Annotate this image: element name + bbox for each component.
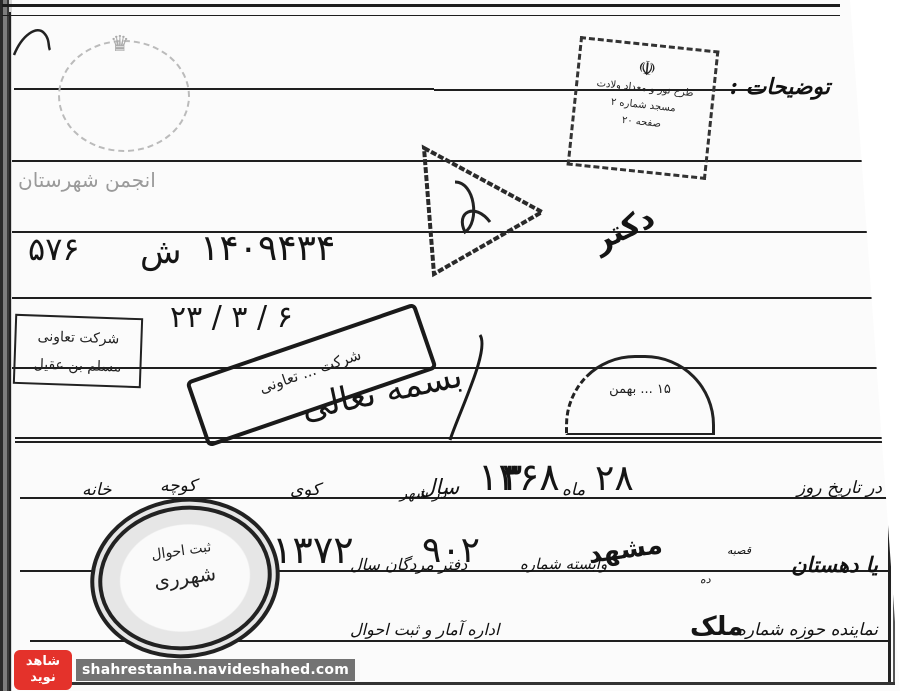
top-border <box>2 4 487 16</box>
registry-year-value: ۱۳۷۲ <box>272 528 354 572</box>
stamp-line: مسلم بن عقیل <box>15 350 140 382</box>
document-scan: ♛ انجمن شهرستان توضیحات : ☫ طرح نور و مع… <box>0 0 900 691</box>
pen-mark <box>12 25 52 60</box>
watermark: شاهد نوید shahrestanha.navideshahed.com <box>14 650 355 690</box>
kooche-label: کوچه <box>160 476 197 496</box>
handwritten-serial-number: ۱۴۰۹۴۳۴ <box>200 228 335 269</box>
logo-line: شاهد <box>14 654 72 670</box>
faded-emblem-stamp: ♛ <box>58 40 190 152</box>
day-value: ۲۸ <box>595 458 634 499</box>
number-label: وابسته شماره <box>520 555 607 573</box>
civil-registry-oval-stamp: ثبت احوال شهرری <box>80 486 290 671</box>
faded-stamp-text: انجمن شهرستان <box>18 168 156 192</box>
logo-line: نوید <box>14 670 72 686</box>
month-label: ماه <box>562 480 585 500</box>
iran-emblem-stamp: ☫ طرح نور و معداد ولادت مسجد شماره ۲ صفح… <box>567 36 720 180</box>
stamp-text: ۱۵ ... بهمن <box>609 382 671 397</box>
cooperative-stamp: شرکت تعاونی مسلم بن عقیل <box>13 314 143 388</box>
crown-icon: ♛ <box>110 32 130 57</box>
office-label: اداره آمار و ثبت احوال <box>350 620 499 639</box>
top-border <box>487 4 840 16</box>
handwritten-number: ۲۳ / ۳ / ۶ <box>170 300 293 335</box>
kooy-label: کوی <box>290 480 320 500</box>
frame-left <box>9 12 11 691</box>
handwritten-signature: دکتر <box>588 200 661 259</box>
paper-edge <box>850 0 900 691</box>
city-label: در شهر <box>400 484 446 502</box>
deh-label: ده <box>700 573 711 586</box>
registry-label: دفتر مردگان سال <box>350 555 467 574</box>
navideshahed-logo: شاهد نوید <box>14 650 72 690</box>
stamp-line: شرکت تعاونی <box>16 322 141 354</box>
handwritten-serial-suffix: ۵۷۶ <box>28 230 80 268</box>
notes-label: توضیحات : <box>730 74 830 100</box>
pen-mark <box>440 330 500 450</box>
watermark-url: shahrestanha.navideshahed.com <box>76 659 355 681</box>
ruled-line <box>12 297 880 299</box>
handwritten-serial-prefix: ش <box>140 232 182 272</box>
qasabe-label: قصبه <box>727 544 751 557</box>
representative-signature: ملک <box>690 612 743 642</box>
khane-label: خانه <box>82 480 112 500</box>
year-value: ۱۳۶۸ <box>478 455 560 499</box>
